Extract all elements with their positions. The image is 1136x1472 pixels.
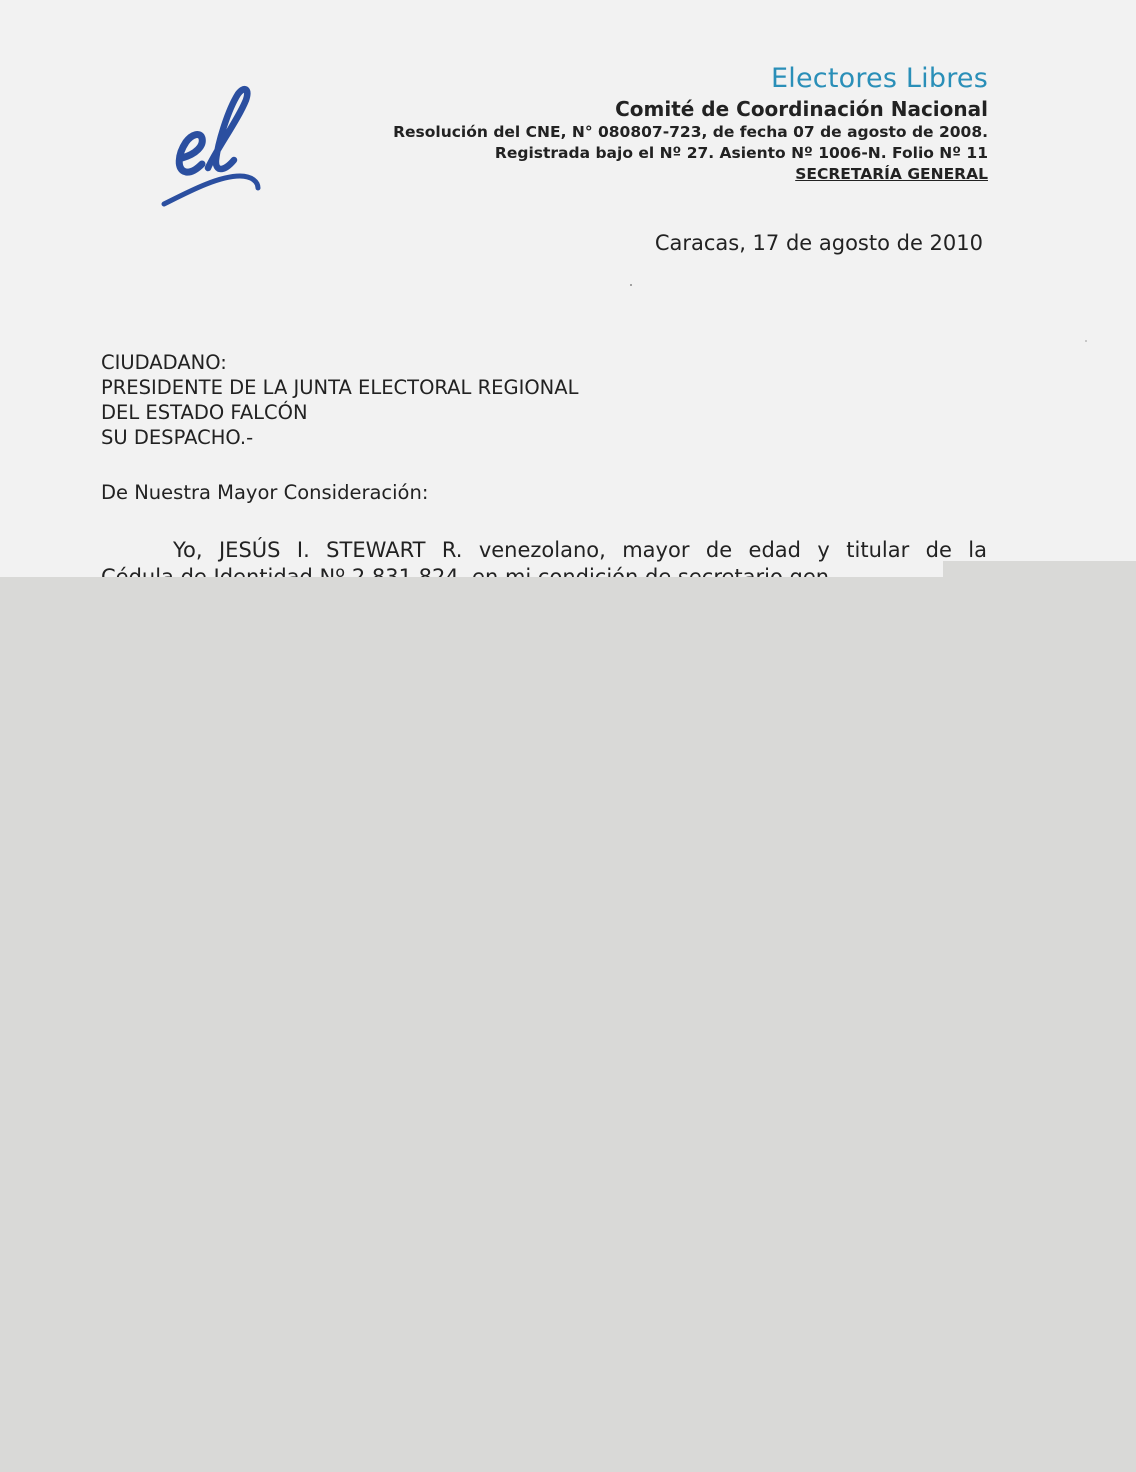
recipient-line: CIUDADANO:	[101, 350, 578, 375]
electores-libres-logo-icon	[158, 80, 268, 210]
body-line-cut: Cédula de Identidad Nº 2.831.824, en mi …	[101, 564, 987, 577]
date-line: Caracas, 17 de agosto de 2010	[655, 231, 983, 255]
recipient-line: SU DESPACHO.-	[101, 425, 578, 450]
salutation: De Nuestra Mayor Consideración:	[101, 481, 428, 504]
resolution-line: Resolución del CNE, N° 080807-723, de fe…	[393, 122, 988, 143]
body-line: Yo, JESÚS I. STEWART R. venezolano, mayo…	[101, 537, 987, 564]
department-name: SECRETARÍA GENERAL	[393, 164, 988, 185]
letter-page: Electores Libres Comité de Coordinación …	[0, 0, 1136, 577]
recipient-block: CIUDADANO: PRESIDENTE DE LA JUNTA ELECTO…	[101, 350, 578, 450]
registry-line: Registrada bajo el Nº 27. Asiento Nº 100…	[393, 143, 988, 164]
blank-region	[943, 561, 1136, 577]
committee-name: Comité de Coordinación Nacional	[393, 96, 988, 122]
blank-region	[0, 577, 1136, 1472]
letterhead: Electores Libres Comité de Coordinación …	[393, 62, 988, 185]
org-name: Electores Libres	[393, 62, 988, 96]
scan-speck	[630, 284, 632, 286]
recipient-line: DEL ESTADO FALCÓN	[101, 400, 578, 425]
recipient-line: PRESIDENTE DE LA JUNTA ELECTORAL REGIONA…	[101, 375, 578, 400]
body-paragraph: Yo, JESÚS I. STEWART R. venezolano, mayo…	[101, 537, 987, 577]
scan-speck	[1085, 340, 1087, 342]
